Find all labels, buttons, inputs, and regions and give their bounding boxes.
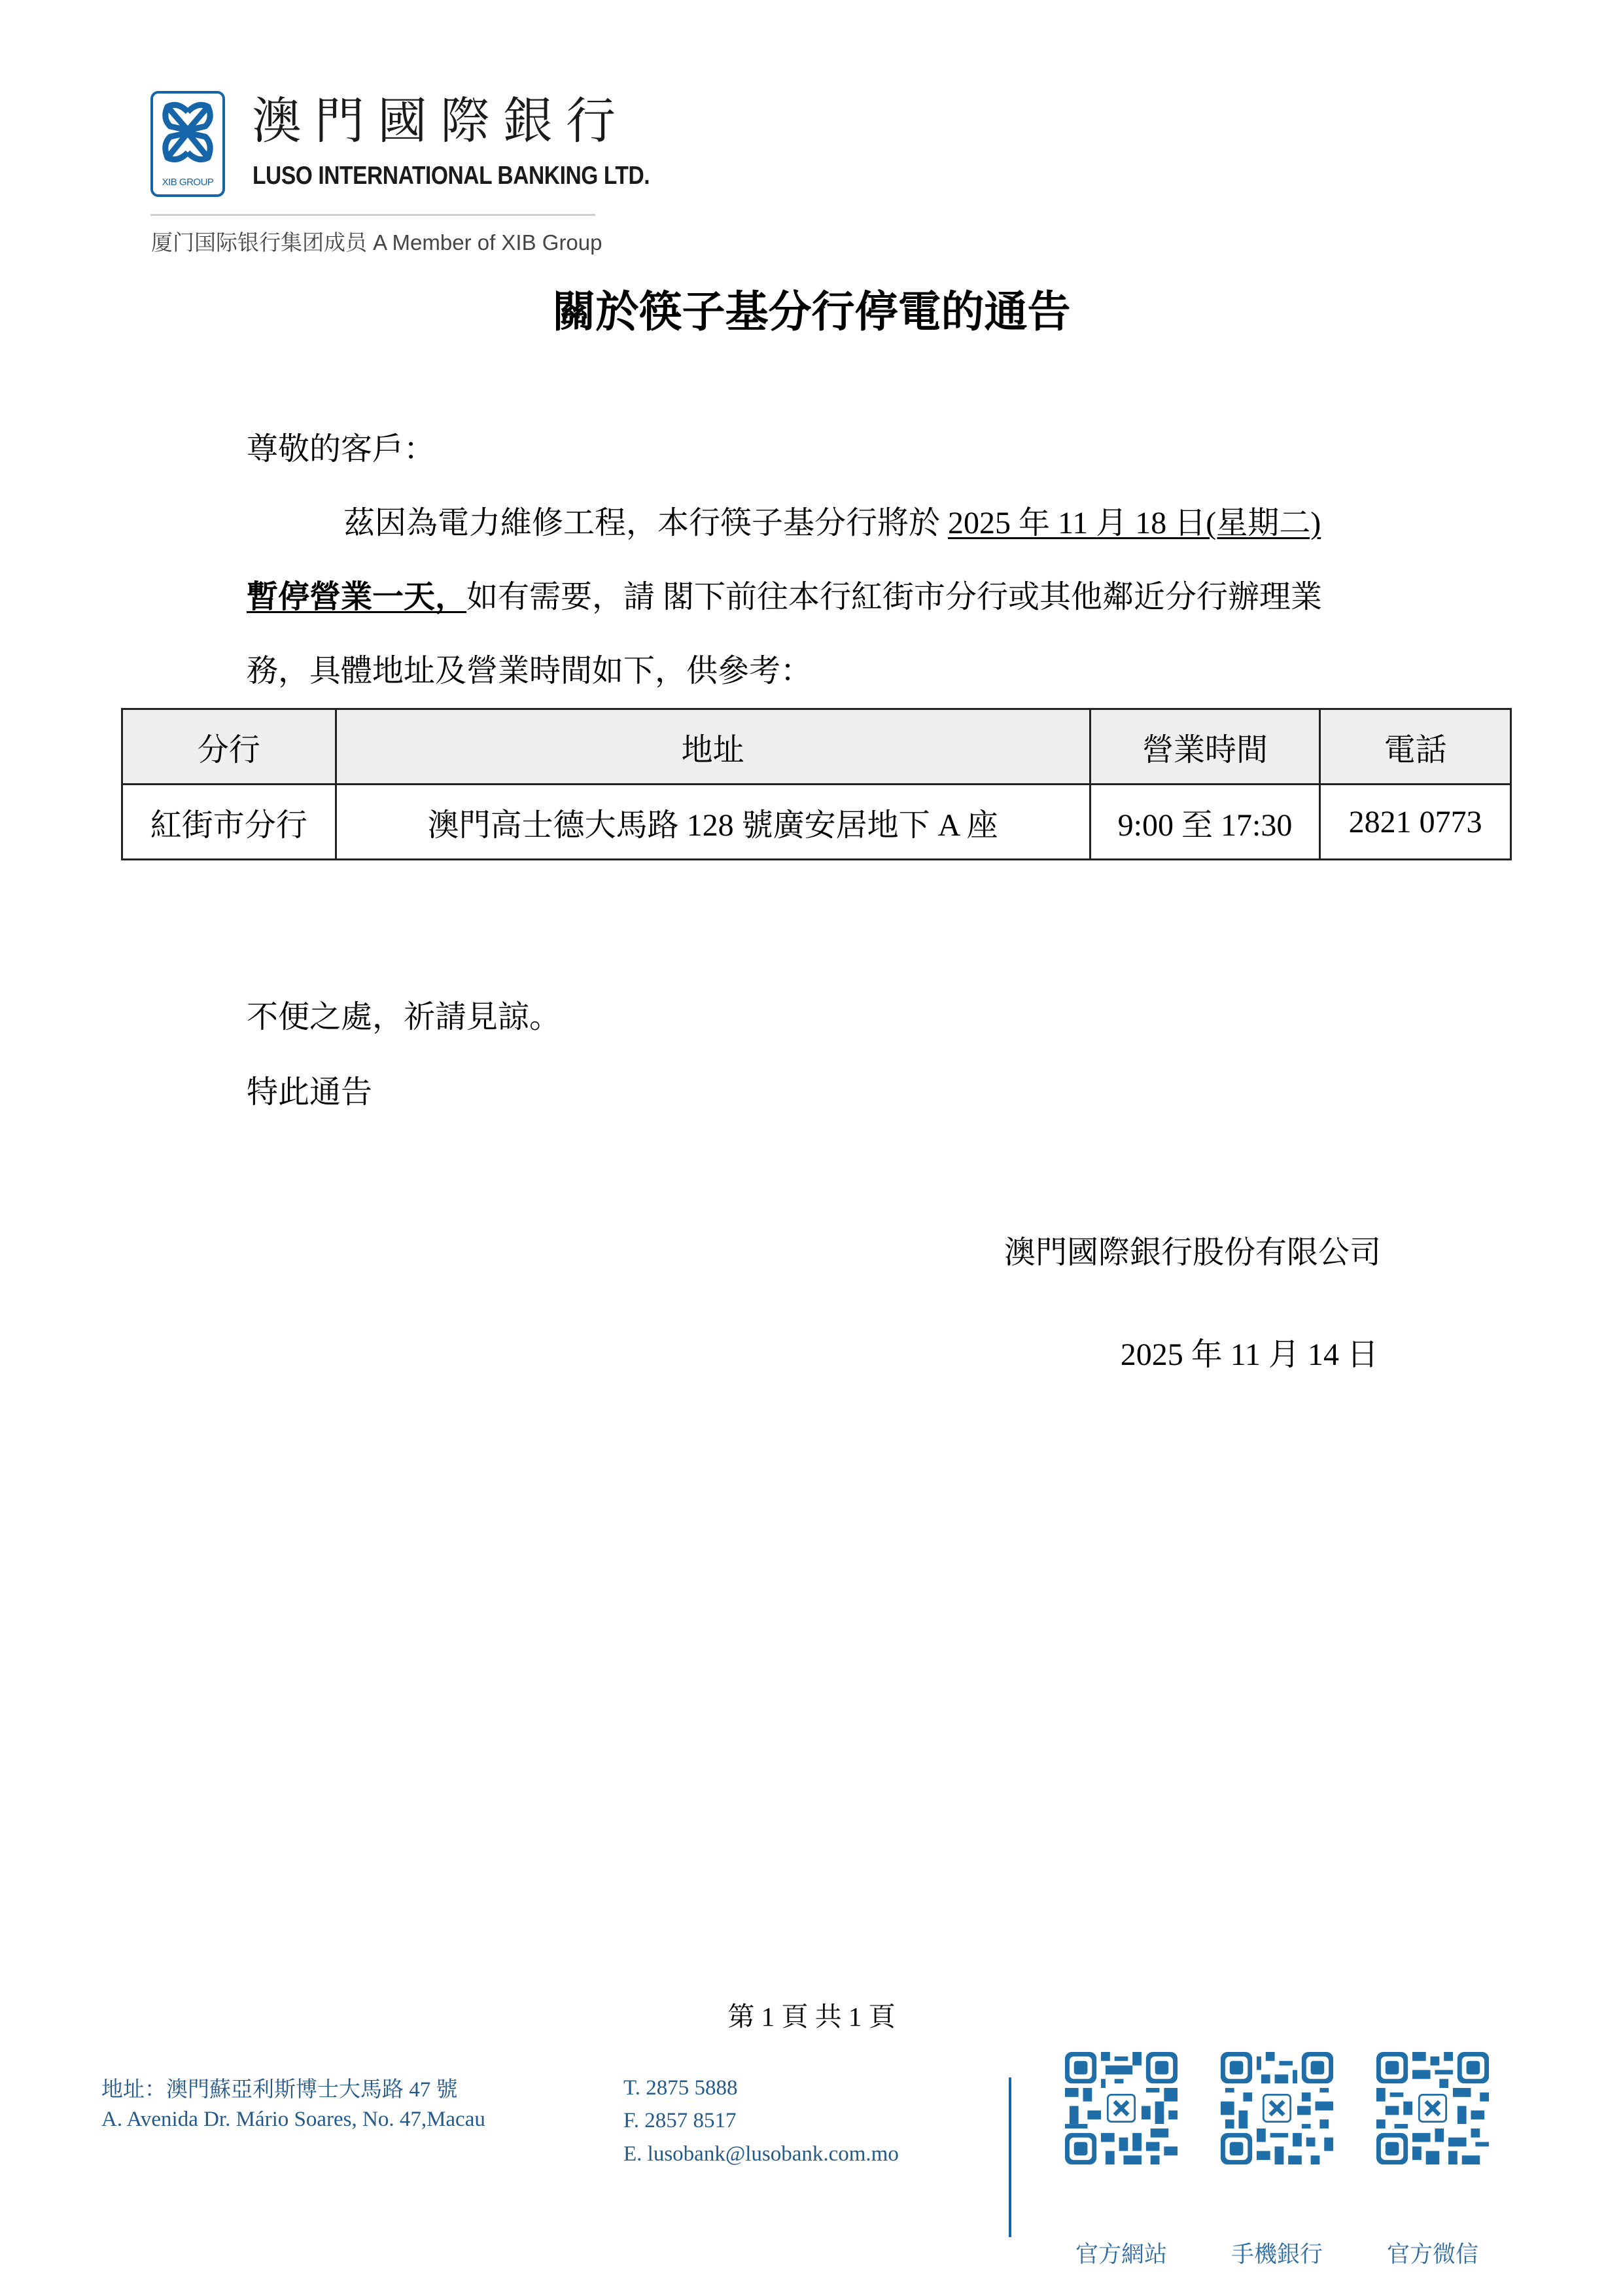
paragraph-rest: 如有需要，請 閣下前往本行紅街市分行或其他鄰近分行辦理業	[466, 580, 1322, 614]
paragraph-prefix: 茲因為電力維修工程，本行筷子基分行將於	[343, 506, 948, 540]
signature-company: 澳門國際銀行股份有限公司	[1004, 1237, 1381, 1269]
qr-code-icon[interactable]	[1065, 2052, 1178, 2164]
bank-name-zh: 澳門國際銀行	[252, 97, 629, 147]
table-header-row: 分行 地址 營業時間 電話	[122, 709, 1511, 785]
column-header-hours: 營業時間	[1090, 709, 1320, 785]
qr-label-website: 官方網站	[1049, 2243, 1193, 2266]
bank-name-en: LUSO INTERNATIONAL BANKING LTD.	[253, 163, 650, 188]
closure-date: 2025 年 11 月 18 日(星期二)	[948, 506, 1321, 540]
footer-address-en: A. Avenida Dr. Mário Soares, No. 47,Maca…	[101, 2109, 485, 2130]
qr-label-mobile-banking: 手機銀行	[1205, 2243, 1349, 2266]
column-header-address: 地址	[336, 709, 1090, 785]
footer-divider	[1009, 2077, 1011, 2237]
xib-logo-icon: XIB GROUP	[150, 91, 225, 197]
clover-icon	[158, 99, 217, 164]
paragraph-line-3: 務，具體地址及營業時間如下，供參考：	[247, 656, 812, 687]
qr-label-wechat: 官方微信	[1361, 2243, 1505, 2266]
apology-line: 不便之處，祈請見諒。	[247, 1002, 561, 1033]
logo-group-label: XIB GROUP	[153, 177, 222, 188]
qr-code-icon[interactable]	[1376, 2052, 1489, 2164]
signature-date: 2025 年 11 月 14 日	[1121, 1339, 1378, 1371]
paragraph-line-2: 暫停營業一天，如有需要，請 閣下前往本行紅街市分行或其他鄰近分行辦理業	[247, 582, 1322, 613]
cell-address: 澳門高士德大馬路 128 號廣安居地下 A 座	[336, 785, 1090, 860]
page-title: 關於筷子基分行停電的通告	[0, 291, 1623, 334]
cell-branch: 紅街市分行	[122, 785, 336, 860]
closure-notice-bold: 暫停營業一天，	[247, 580, 466, 614]
footer-email[interactable]: E. lusobank@lusobank.com.mo	[623, 2144, 899, 2165]
table-row: 紅街市分行 澳門高士德大馬路 128 號廣安居地下 A 座 9:00 至 17:…	[122, 785, 1511, 860]
page-number: 第 1 頁 共 1 頁	[0, 2004, 1623, 2030]
column-header-branch: 分行	[122, 709, 336, 785]
header-divider	[150, 214, 595, 216]
cell-phone: 2821 0773	[1320, 785, 1511, 860]
footer-tel: T. 2875 5888	[623, 2077, 737, 2099]
branch-table: 分行 地址 營業時間 電話 紅街市分行 澳門高士德大馬路 128 號廣安居地下 …	[121, 708, 1512, 860]
footer-fax: F. 2857 8517	[623, 2110, 736, 2132]
cell-hours: 9:00 至 17:30	[1090, 785, 1320, 860]
salutation: 尊敬的客戶：	[247, 434, 435, 465]
group-member-line: 厦门国际银行集团成员 A Member of XIB Group	[151, 232, 602, 253]
paragraph-line-1: 茲因為電力維修工程，本行筷子基分行將於 2025 年 11 月 18 日(星期二…	[343, 508, 1321, 539]
column-header-phone: 電話	[1320, 709, 1511, 785]
qr-code-icon[interactable]	[1221, 2052, 1333, 2164]
notice-closing: 特此通告	[247, 1077, 372, 1108]
footer-address-zh: 地址：澳門蘇亞利斯博士大馬路 47 號	[101, 2079, 458, 2101]
